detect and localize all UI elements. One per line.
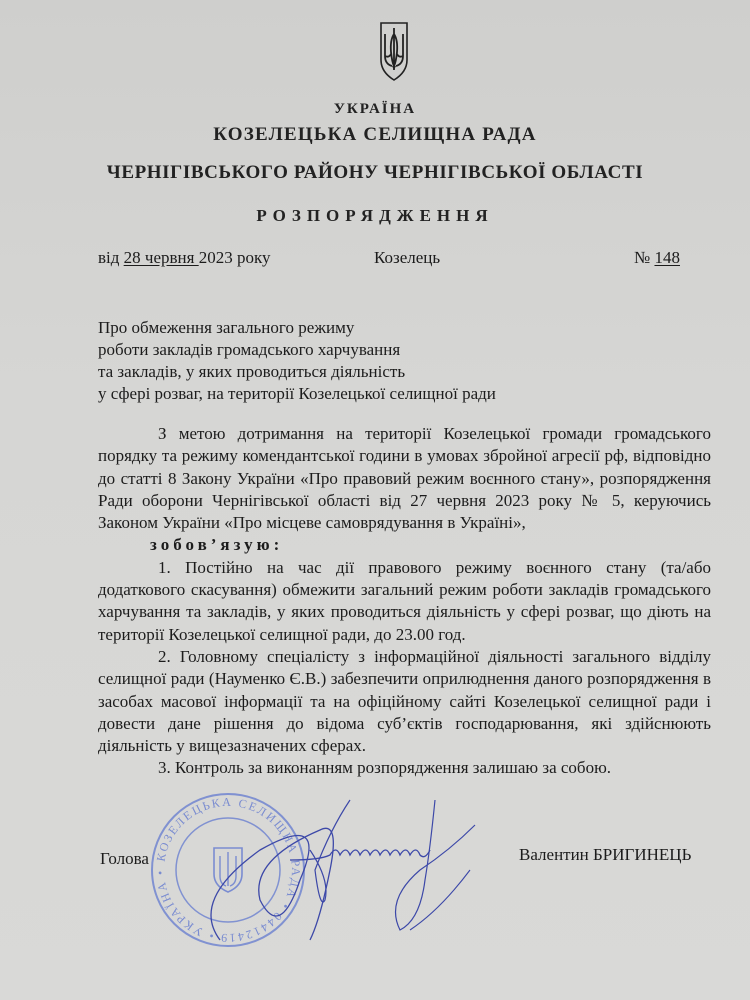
header-district: ЧЕРНІГІВСЬКОГО РАЙОНУ ЧЕРНІГІВСЬКОЇ ОБЛА… [0,162,750,184]
trident-coat-of-arms-icon [379,20,409,82]
subject-line: Про обмеження загального режиму [98,317,496,339]
document-number: № 148 [634,248,680,268]
document-page: УКРАЇНА КОЗЕЛЕЦЬКА СЕЛИЩНА РАДА ЧЕРНІГІВ… [0,0,750,1000]
subject-line: та закладів, у яких проводиться діяльніс… [98,361,496,383]
obligation-heading: зобов’язую: [98,534,711,556]
subject-line: у сфері розваг, на території Козелецької… [98,383,496,405]
document-subject: Про обмеження загального режиму роботи з… [98,317,496,405]
date-underlined: 28 червня [124,248,199,267]
date-suffix: 2023 року [199,248,271,267]
item-paragraph: 1. Постійно на час дії правового режиму … [98,557,711,646]
handwritten-signature [180,790,500,990]
document-body: З метою дотримання на території Козелець… [98,423,711,780]
number-value: 148 [654,248,680,267]
document-type-title: РОЗПОРЯДЖЕННЯ [0,206,750,226]
document-place: Козелець [374,248,440,268]
subject-line: роботи закладів громадського харчування [98,339,496,361]
date-prefix: від [98,248,124,267]
number-prefix: № [634,248,654,267]
item-paragraph: 2. Головному спеціалісту з інформаційної… [98,646,711,757]
signatory-role: Голова [100,849,149,869]
header-country: УКРАЇНА [0,101,750,118]
preamble-paragraph: З метою дотримання на території Козелець… [98,423,711,534]
item-paragraph: 3. Контроль за виконанням розпорядження … [98,757,711,779]
header-council: КОЗЕЛЕЦЬКА СЕЛИЩНА РАДА [0,124,750,146]
signatory-name: Валентин БРИГИНЕЦЬ [519,845,691,865]
document-date: від 28 червня 2023 року [98,248,270,268]
